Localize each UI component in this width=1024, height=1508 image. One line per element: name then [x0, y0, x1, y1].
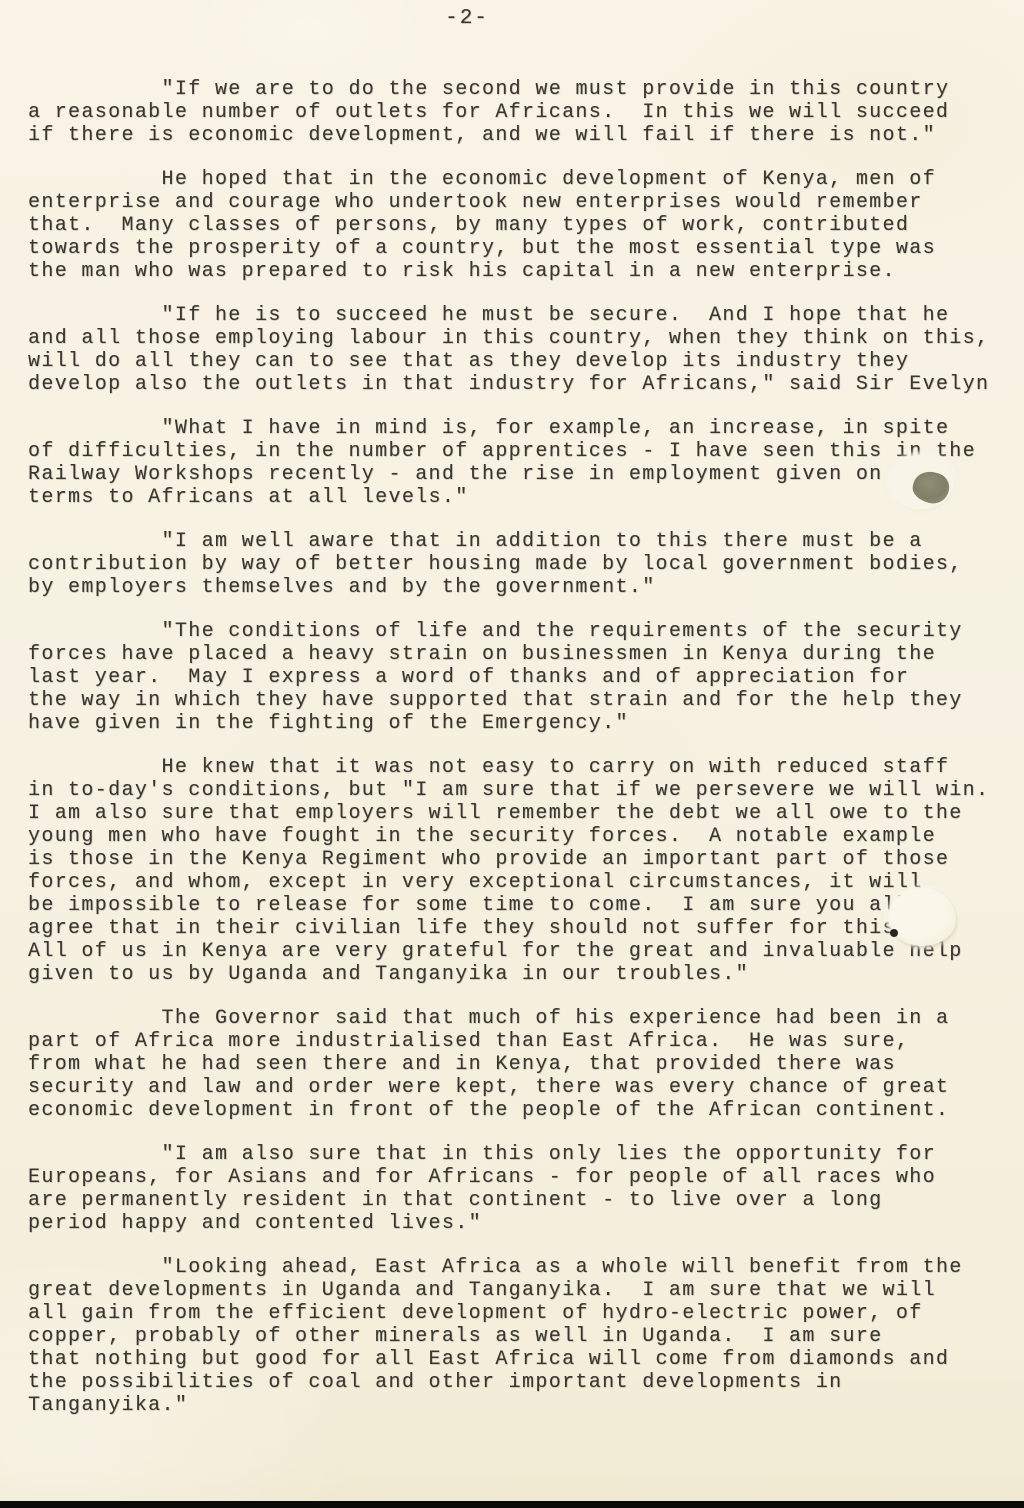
paragraph-9: "I am also sure that in this only lies t… [28, 1143, 1018, 1235]
paragraph-3: "If he is to succeed he must be secure. … [28, 304, 1018, 396]
paragraph-6: "The conditions of life and the requirem… [28, 620, 1018, 735]
paragraph-7: He knew that it was not easy to carry on… [28, 756, 1018, 986]
paragraph-10: "Looking ahead, East Africa as a whole w… [28, 1256, 1018, 1417]
ink-blot-correction-2 [888, 888, 956, 946]
paragraph-1: "If we are to do the second we must prov… [28, 78, 1018, 147]
scan-edge-bar [0, 1501, 1024, 1508]
paragraph-5: "I am well aware that in addition to thi… [28, 530, 1018, 599]
paragraph-4: "What I have in mind is, for example, an… [28, 417, 1018, 509]
paragraph-2: He hoped that in the economic developmen… [28, 168, 1018, 283]
paragraph-8: The Governor said that much of his exper… [28, 1007, 1018, 1122]
scanned-document-page: -2- "If we are to do the second we must … [0, 0, 1024, 1508]
page-number: -2- [0, 7, 979, 30]
document-body: "If we are to do the second we must prov… [28, 78, 1018, 1417]
